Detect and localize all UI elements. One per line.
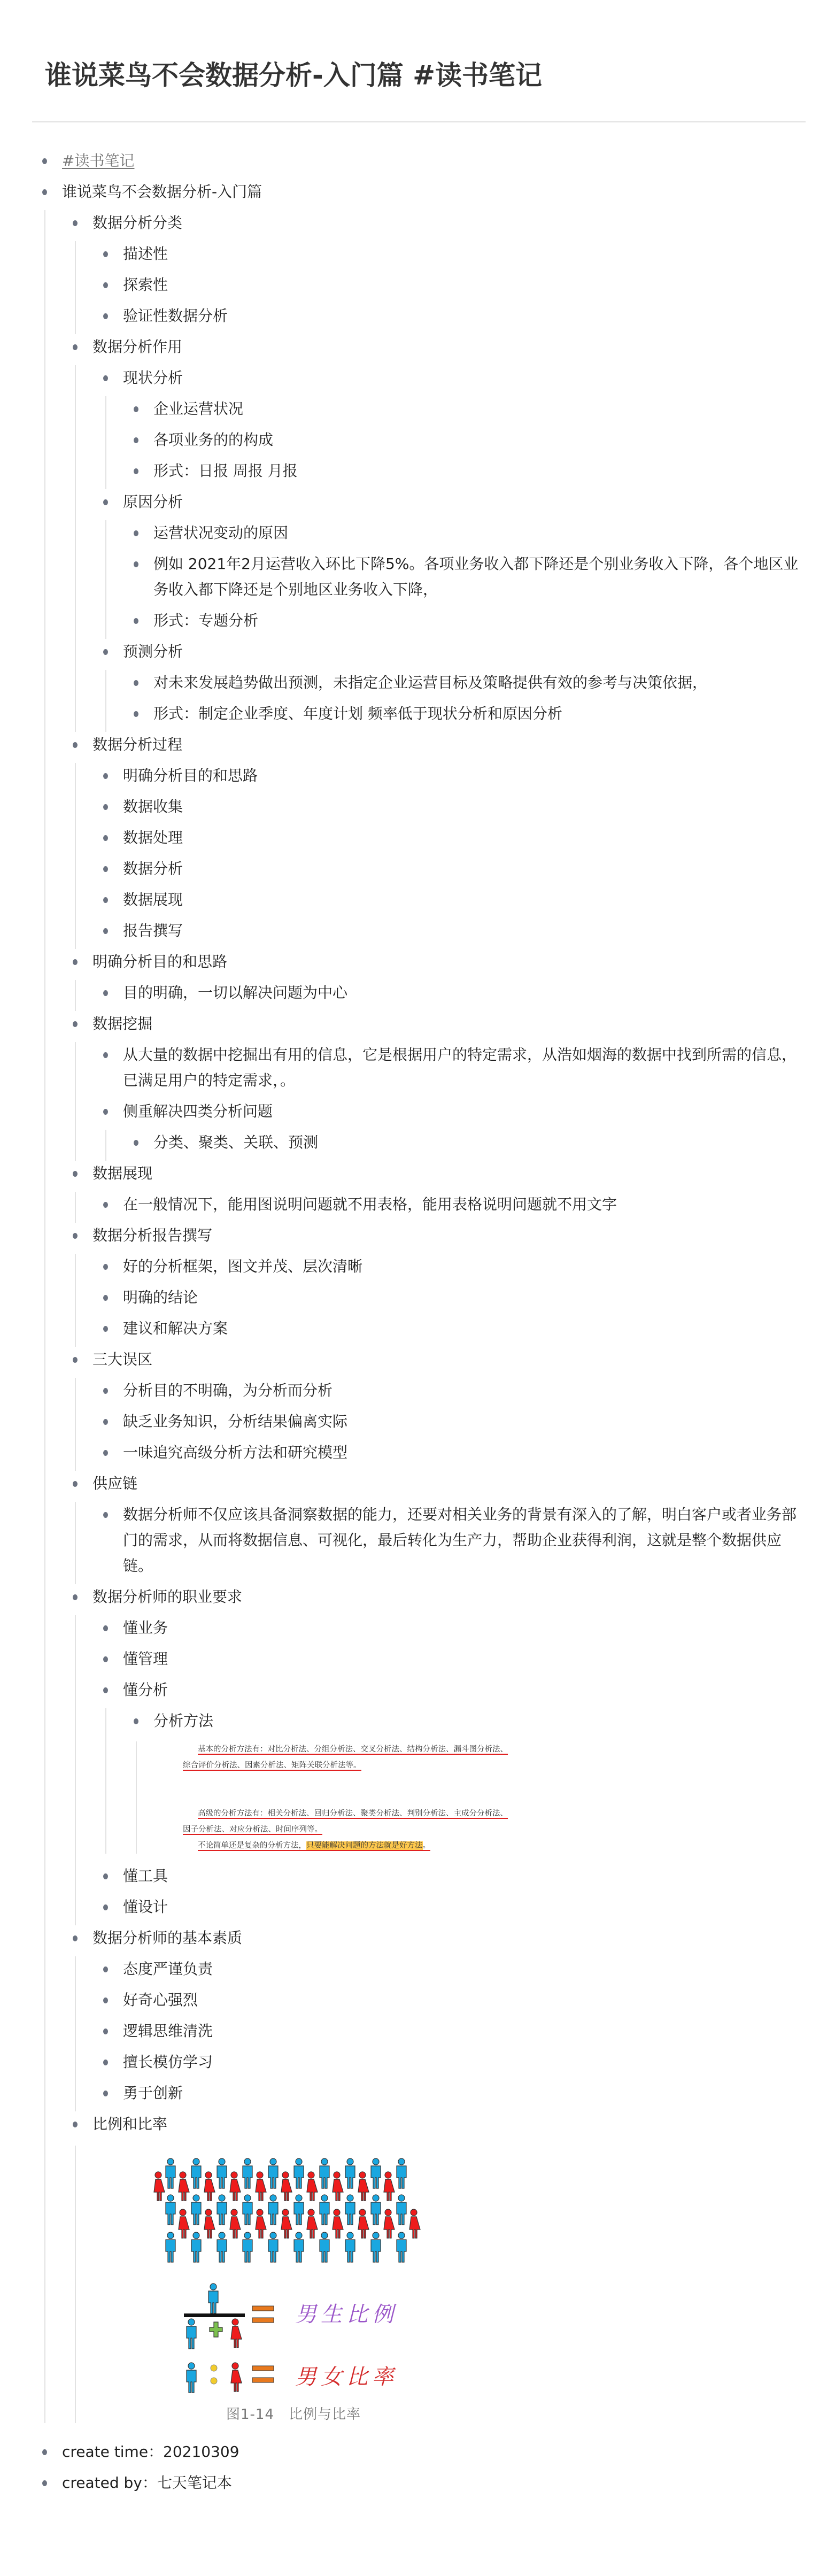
list-item: 验证性数据分析 <box>93 303 803 334</box>
section-ratio: 比例和比率 <box>63 2111 803 2423</box>
bullet-icon[interactable] <box>103 2029 108 2034</box>
bullet-icon[interactable] <box>103 1052 108 1058</box>
section-label: 数据分析报告撰写 <box>92 1227 212 1244</box>
tag-link[interactable]: #读书笔记 <box>62 152 134 169</box>
bullet-icon[interactable] <box>134 406 138 412</box>
bullet-icon[interactable] <box>103 313 108 319</box>
male-ratio-equation: 男生比例 <box>184 2275 435 2350</box>
page-title: 谁说菜鸟不会数据分析-入门篇 #读书笔记 <box>32 0 803 96</box>
list-item: 懂设计 <box>93 1894 803 1925</box>
bullet-icon[interactable] <box>73 1357 78 1363</box>
section-career: 数据分析师的职业要求 懂业务 懂管理 懂分析 分析方法 <box>63 1584 803 1925</box>
bullet-icon[interactable] <box>134 468 138 474</box>
subsection-methods: 分析方法 基本的分析方法有：对比分析法、分组分析法、交叉分析法、结构分析法、漏斗… <box>123 1708 803 1854</box>
bullet-icon[interactable] <box>73 742 78 748</box>
section-qualities: 数据分析师的基本素质 态度严谨负责 好奇心强烈 逻辑思维清洗 擅长模仿学习 勇于… <box>63 1925 803 2111</box>
list-item: 数据展现 <box>93 887 803 918</box>
section-label: 数据分析作用 <box>92 338 182 356</box>
section-label: 明确分析目的和思路 <box>92 953 227 970</box>
list-item: 数据收集 <box>93 794 803 825</box>
list-item: 懂业务 <box>93 1615 803 1646</box>
bullet-icon[interactable] <box>42 2480 47 2486</box>
bullet-icon[interactable] <box>103 773 108 779</box>
ratio-figure-item: 男生比例 <box>93 2146 803 2423</box>
male-ratio-label: 男生比例 <box>295 2297 398 2328</box>
section-goal: 明确分析目的和思路 目的明确，一切以解决问题为中心 <box>63 949 803 1011</box>
bullet-icon[interactable] <box>134 1140 138 1146</box>
list-item: 数据分析师不仅应该具备洞察数据的能力，还要对相关业务的背景有深入的了解，明白客户… <box>93 1502 803 1584</box>
fraction-icon <box>184 2275 285 2350</box>
bullet-icon[interactable] <box>103 251 108 257</box>
bullet-icon[interactable] <box>73 220 78 226</box>
bullet-icon[interactable] <box>103 866 108 872</box>
section-mining: 数据挖掘 从大量的数据中挖掘出有用的信息，它是根据用户的特定需求，从浩如烟海的数… <box>63 1011 803 1161</box>
section-label: 数据展现 <box>92 1164 152 1182</box>
list-item: 一味追究高级分析方法和研究模型 <box>93 1440 803 1471</box>
list-item: 探索性 <box>93 272 803 303</box>
bullet-icon[interactable] <box>73 1171 78 1177</box>
bullet-icon[interactable] <box>73 959 78 965</box>
outline-root: #读书笔记 谁说菜鸟不会数据分析-入门篇 数据分析分类 描述性 探索性 验证性数… <box>32 148 803 2501</box>
bullet-icon[interactable] <box>73 1233 78 1239</box>
list-item-tag: #读书笔记 <box>32 148 803 179</box>
list-item: 分类、聚类、关联、预测 <box>123 1130 803 1161</box>
meta-create-time: create time：20210309 <box>32 2439 803 2470</box>
list-item-root: 谁说菜鸟不会数据分析-入门篇 数据分析分类 描述性 探索性 验证性数据分析 数据… <box>32 179 803 2423</box>
people-crowd-icon <box>152 2146 435 2269</box>
list-item: 目的明确，一切以解决问题为中心 <box>93 980 803 1011</box>
section-purpose: 数据分析作用 现状分析 企业运营状况 各项业务的的构成 形式：日报 周报 月报 … <box>63 334 803 732</box>
list-item: 好奇心强烈 <box>93 1987 803 2018</box>
note-page: 谁说菜鸟不会数据分析-入门篇 #读书笔记 #读书笔记 谁说菜鸟不会数据分析-入门… <box>0 0 835 2501</box>
bullet-icon[interactable] <box>134 1718 138 1724</box>
subsection-status: 现状分析 企业运营状况 各项业务的的构成 形式：日报 周报 月报 <box>93 365 803 489</box>
list-item: 运营状况变动的原因 <box>123 520 803 551</box>
bullet-icon[interactable] <box>103 1264 108 1270</box>
bullet-icon[interactable] <box>103 282 108 288</box>
bullet-icon[interactable] <box>103 1966 108 1972</box>
root-children: 数据分析分类 描述性 探索性 验证性数据分析 数据分析作用 现状分析 <box>44 210 803 2423</box>
bullet-icon[interactable] <box>103 835 108 841</box>
subsection-focus: 侧重解决四类分析问题 分类、聚类、关联、预测 <box>93 1099 803 1161</box>
list-item: 数据分析 <box>93 856 803 887</box>
section-label: 数据分析分类 <box>92 214 182 232</box>
section-label: 数据分析师的基本素质 <box>92 1929 242 1947</box>
section-supply-chain: 供应链 数据分析师不仅应该具备洞察数据的能力，还要对相关业务的背景有深入的了解，… <box>63 1471 803 1584</box>
bullet-icon[interactable] <box>103 2091 108 2096</box>
bullet-icon[interactable] <box>103 897 108 903</box>
bullet-icon[interactable] <box>42 189 47 195</box>
bullet-icon[interactable] <box>103 375 108 381</box>
list-item: 形式：日报 周报 月报 <box>123 458 803 489</box>
bullet-icon[interactable] <box>103 928 108 934</box>
bullet-icon[interactable] <box>134 618 138 624</box>
section-pitfalls: 三大误区 分析目的不明确，为分析而分析 缺乏业务知识，分析结果偏离实际 一味追究… <box>63 1347 803 1471</box>
gender-ratio-label: 男女比率 <box>295 2360 398 2390</box>
list-item: 形式：制定企业季度、年度计划 频率低于现状分析和原因分析 <box>123 701 803 732</box>
section-process: 数据分析过程 明确分析目的和思路 数据收集 数据处理 数据分析 数据展现 报告撰… <box>63 732 803 949</box>
list-item: 从大量的数据中挖掘出有用的信息，它是根据用户的特定需求，从浩如烟海的数据中找到所… <box>93 1042 803 1099</box>
list-item: 逻辑思维清洗 <box>93 2018 803 2049</box>
list-item: 报告撰写 <box>93 918 803 949</box>
highlight: 只要能解决问题的方法就是好方法 <box>306 1841 423 1850</box>
bullet-icon[interactable] <box>73 1021 78 1027</box>
bullet-icon[interactable] <box>103 1109 108 1115</box>
list-item: 懂分析 分析方法 基本的分析方法有：对比分析法、分组分析法、交叉分析法、结构分析… <box>93 1677 803 1854</box>
list-item: 形式：专题分析 <box>123 608 803 639</box>
ratio-figure-image[interactable]: 男生比例 <box>152 2146 435 2423</box>
bullet-icon[interactable] <box>134 437 138 443</box>
section-label: 供应链 <box>92 1475 137 1492</box>
bullet-icon[interactable] <box>73 1935 78 1941</box>
methods-image: 基本的分析方法有：对比分析法、分组分析法、交叉分析法、结构分析法、漏斗图分析法、… <box>154 1741 803 1854</box>
bullet-icon[interactable] <box>103 1656 108 1662</box>
figure-caption: 图1-14 比例与比率 <box>152 2403 435 2423</box>
list-item: 数据处理 <box>93 825 803 856</box>
list-item: 建议和解决方案 <box>93 1316 803 1347</box>
bullet-icon[interactable] <box>103 1512 108 1518</box>
list-item: 明确的结论 <box>93 1285 803 1316</box>
subsection-cause: 原因分析 运营状况变动的原因 例如 2021年2月运营收入环比下降5%。各项业务… <box>93 489 803 639</box>
section-report: 数据分析报告撰写 好的分析框架，图文并茂、层次清晰 明确的结论 建议和解决方案 <box>63 1223 803 1347</box>
section-label: 数据挖掘 <box>92 1015 152 1032</box>
subsection-forecast: 预测分析 对未来发展趋势做出预测，未指定企业运营目标及策略提供有效的参考与决策依… <box>93 639 803 732</box>
bullet-icon[interactable] <box>103 1326 108 1332</box>
bullet-icon[interactable] <box>73 1594 78 1600</box>
bullet-icon[interactable] <box>103 2060 108 2065</box>
bullet-icon[interactable] <box>103 499 108 505</box>
bullet-icon[interactable] <box>73 344 78 350</box>
bullet-icon[interactable] <box>103 1388 108 1394</box>
bullet-icon[interactable] <box>103 1295 108 1301</box>
bullet-icon[interactable] <box>73 2122 78 2127</box>
section-classification: 数据分析分类 描述性 探索性 验证性数据分析 <box>63 210 803 334</box>
bullet-icon[interactable] <box>42 158 47 164</box>
list-item: 对未来发展趋势做出预测，未指定企业运营目标及策略提供有效的参考与决策依据， <box>123 670 803 701</box>
list-item: 缺乏业务知识，分析结果偏离实际 <box>93 1409 803 1440</box>
ratio-icon <box>184 2356 285 2394</box>
section-presentation: 数据展现 在一般情况下，能用图说明问题就不用表格，能用表格说明问题就不用文字 <box>63 1161 803 1223</box>
bullet-icon[interactable] <box>134 530 138 536</box>
list-item: 明确分析目的和思路 <box>93 763 803 794</box>
list-item: 各项业务的的构成 <box>123 427 803 458</box>
bullet-icon[interactable] <box>103 1997 108 2003</box>
list-item: 在一般情况下，能用图说明问题就不用表格，能用表格说明问题就不用文字 <box>93 1192 803 1223</box>
bullet-icon[interactable] <box>134 680 138 686</box>
bullet-icon[interactable] <box>103 649 108 655</box>
gender-ratio-equation: 男女比率 <box>184 2356 435 2394</box>
title-divider <box>32 121 806 122</box>
section-label: 三大误区 <box>92 1351 152 1368</box>
bullet-icon[interactable] <box>73 1481 78 1487</box>
section-label: 比例和比率 <box>92 2115 167 2133</box>
bullet-icon[interactable] <box>134 561 138 567</box>
list-item: 好的分析框架，图文并茂、层次清晰 <box>93 1254 803 1285</box>
bullet-icon[interactable] <box>103 1450 108 1456</box>
list-item: 勇于创新 <box>93 2080 803 2111</box>
bullet-icon[interactable] <box>103 1687 108 1693</box>
analysis-methods-image[interactable]: 基本的分析方法有：对比分析法、分组分析法、交叉分析法、结构分析法、漏斗图分析法、… <box>154 1741 539 1854</box>
bullet-icon[interactable] <box>103 990 108 996</box>
root-title: 谁说菜鸟不会数据分析-入门篇 <box>62 183 262 200</box>
list-item: 描述性 <box>93 241 803 272</box>
list-item: 分析目的不明确，为分析而分析 <box>93 1378 803 1409</box>
bullet-icon[interactable] <box>103 1419 108 1425</box>
list-item: 懂工具 <box>93 1863 803 1894</box>
list-item: 擅长模仿学习 <box>93 2049 803 2080</box>
section-label: 数据分析师的职业要求 <box>92 1588 242 1606</box>
meta-created-by: created by：七天笔记本 <box>32 2470 803 2501</box>
section-label: 数据分析过程 <box>92 736 182 753</box>
bullet-icon[interactable] <box>42 2449 47 2455</box>
bullet-icon[interactable] <box>103 1904 108 1910</box>
bullet-icon[interactable] <box>103 1202 108 1208</box>
list-item: 企业运营状况 <box>123 396 803 427</box>
list-item: 态度严谨负责 <box>93 1956 803 1987</box>
bullet-icon[interactable] <box>103 804 108 810</box>
list-item: 懂管理 <box>93 1646 803 1677</box>
bullet-icon[interactable] <box>103 1873 108 1879</box>
list-item: 例如 2021年2月运营收入环比下降5%。各项业务收入都下降还是个别业务收入下降… <box>123 551 803 608</box>
bullet-icon[interactable] <box>134 711 138 717</box>
bullet-icon[interactable] <box>103 1625 108 1631</box>
